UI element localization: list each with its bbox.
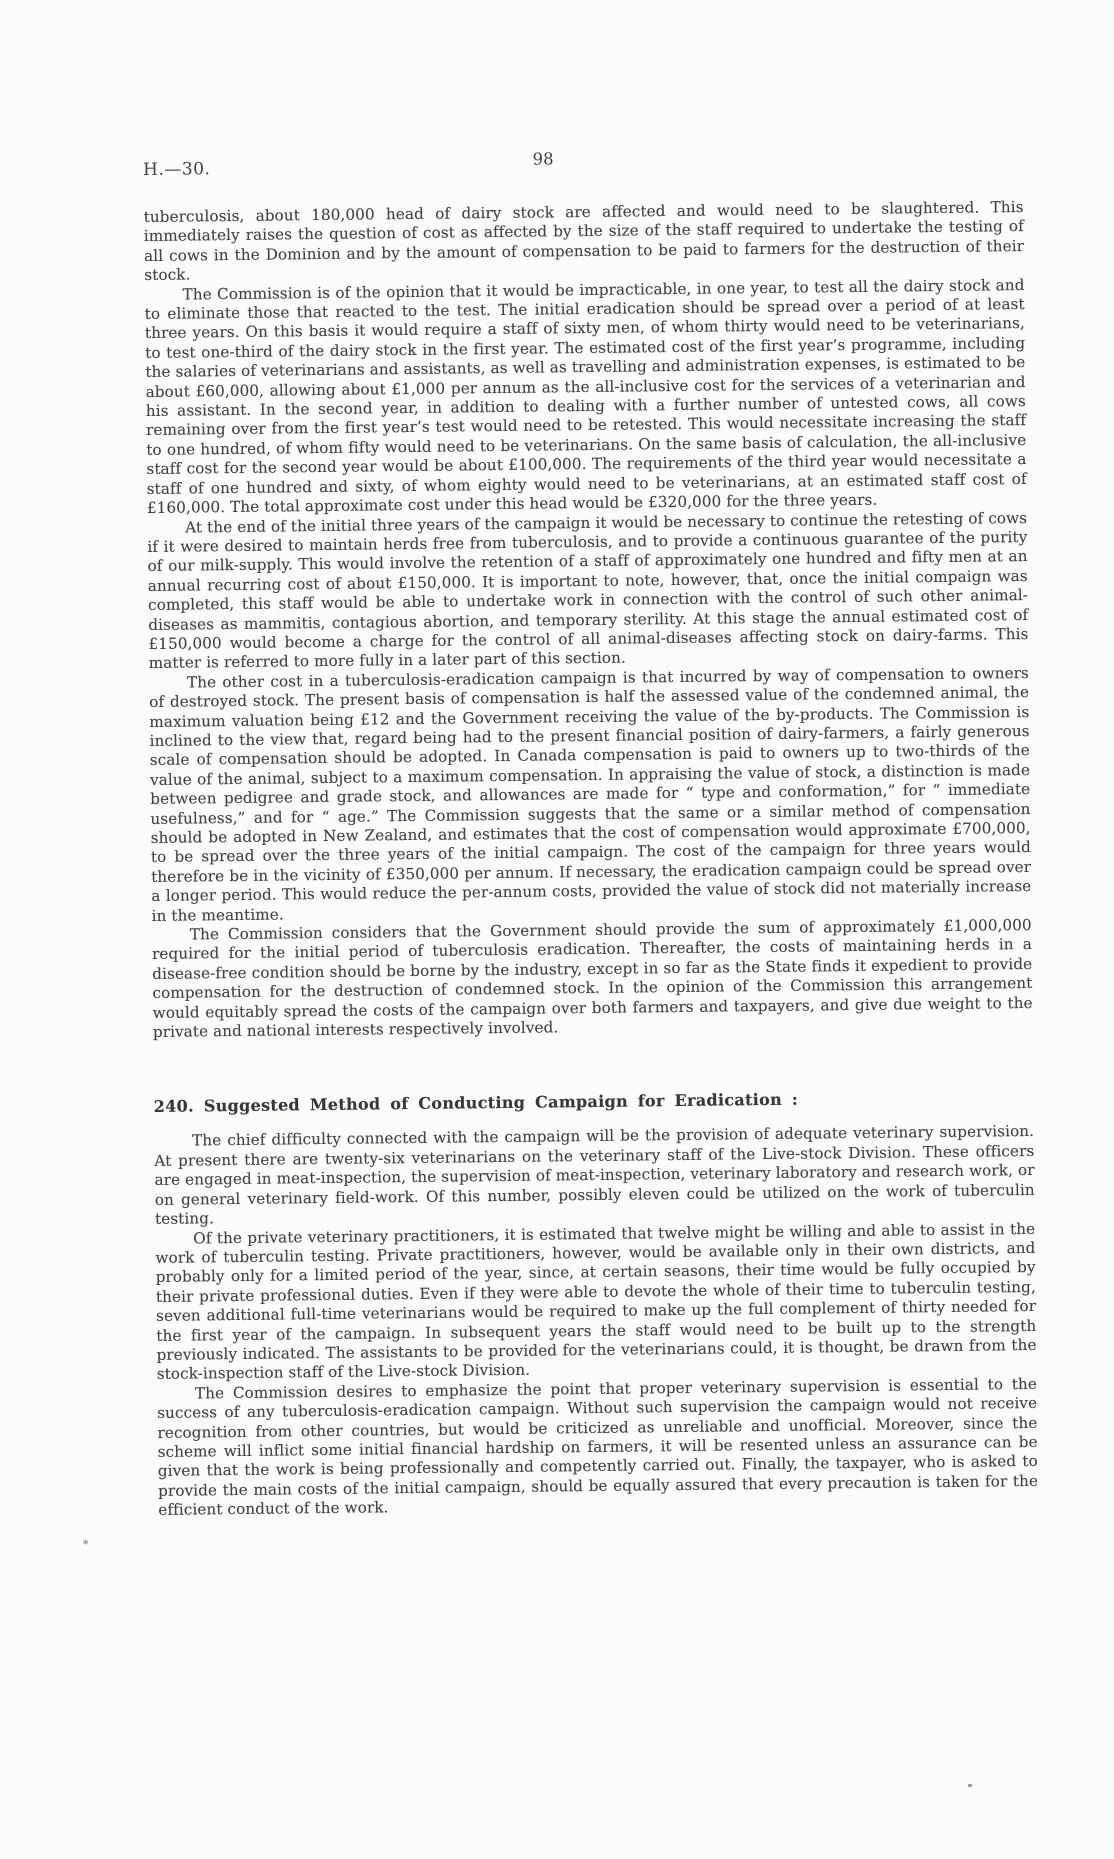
paragraph-tuberculosis-cost: tuberculosis, about 180,000 head of dair… xyxy=(144,198,1025,286)
paragraph-chief-difficulty: The chief difficulty connected with the … xyxy=(154,1122,1035,1229)
scan-artifact-speck xyxy=(968,1784,972,1787)
paragraph-compensation: The other cost in a tuberculosis-eradica… xyxy=(149,664,1032,926)
page-content: H.—30. 98 tuberculosis, about 180,000 he… xyxy=(143,150,1038,1520)
page-header: H.—30. 98 xyxy=(143,150,1023,182)
section-heading-240: 240. Suggested Method of Conducting Camp… xyxy=(154,1087,1034,1116)
paragraph-government-provision: The Commission considers that the Govern… xyxy=(152,916,1033,1042)
scanned-page: H.—30. 98 tuberculosis, about 180,000 he… xyxy=(0,0,1114,1859)
paragraph-end-of-initial-years: At the end of the initial three years of… xyxy=(147,508,1029,673)
paragraph-commission-opinion: The Commission is of the opinion that it… xyxy=(144,276,1027,519)
paragraph-supervision-essential: The Commission desires to emphasize the … xyxy=(157,1375,1038,1521)
page-number: 98 xyxy=(143,145,943,173)
paragraph-private-practitioners: Of the private veterinary practitioners,… xyxy=(155,1219,1037,1384)
margin-asterisk-mark: * xyxy=(83,1538,89,1551)
